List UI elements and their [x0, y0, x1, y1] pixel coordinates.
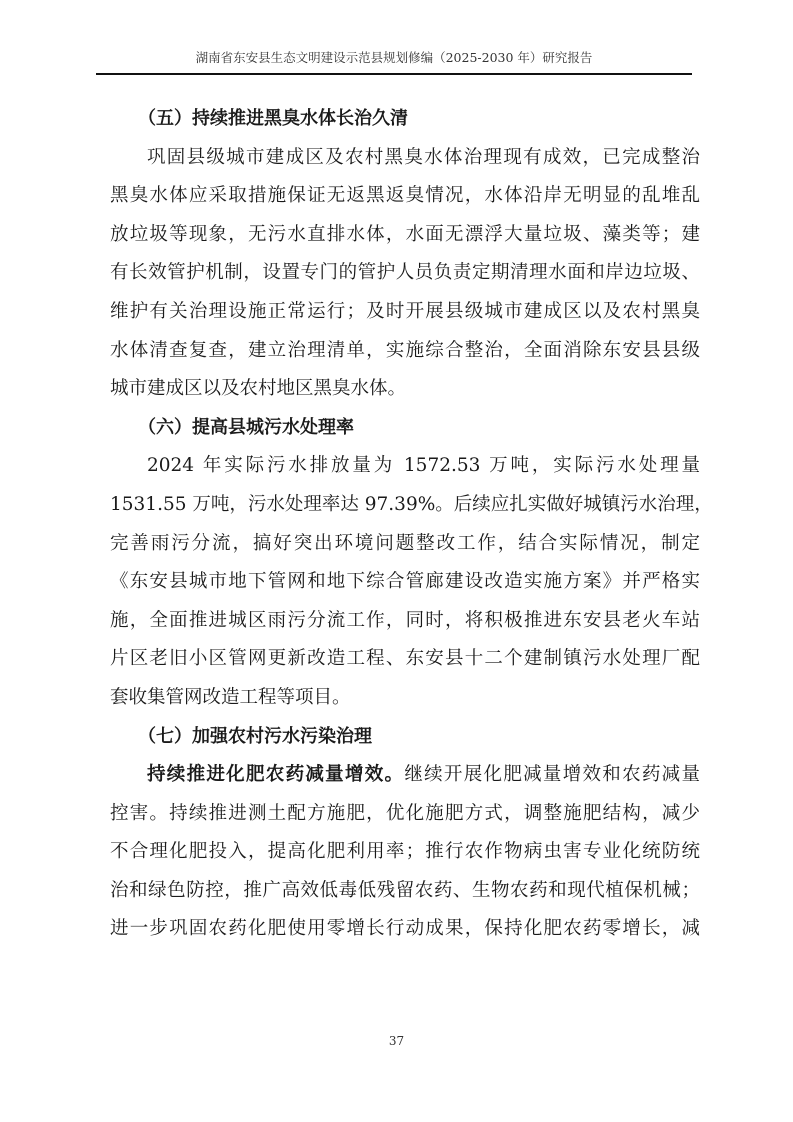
paragraph-line: 《东安县城市地下管网和地下综合管廊建设改造实施方案》并严格实 — [110, 563, 700, 602]
running-header: 湖南省东安县生态文明建设示范县规划修编（2025-2030 年）研究报告 — [96, 48, 692, 66]
section-heading-5: （五）持续推进黑臭水体长治久清 — [110, 100, 700, 139]
paragraph-line: 进一步巩固农药化肥使用零增长行动成果，保持化肥农药零增长，减 — [110, 910, 700, 949]
page-number: 37 — [0, 1034, 793, 1048]
paragraph-line: 1531.55 万吨，污水处理率达 97.39%。后续应扎实做好城镇污水治理， — [110, 486, 700, 525]
paragraph-line: 完善雨污分流，搞好突出环境问题整改工作，结合实际情况，制定 — [110, 525, 700, 564]
paragraph-line: 黑臭水体应采取措施保证无返黑返臭情况，水体沿岸无明显的乱堆乱 — [110, 177, 700, 216]
paragraph-line: 片区老旧小区管网更新改造工程、东安县十二个建制镇污水处理厂配 — [110, 640, 700, 679]
section-heading-7: （七）加强农村污水污染治理 — [110, 718, 700, 757]
paragraph-line-with-lead: 持续推进化肥农药减量增效。继续开展化肥减量增效和农药减量 — [110, 756, 700, 795]
bold-lead-text: 持续推进化肥农药减量增效。 — [147, 764, 404, 785]
paragraph-line: 巩固县级城市建成区及农村黑臭水体治理现有成效，已完成整治 — [110, 139, 700, 178]
paragraph-line: 水体清查复查，建立治理清单，实施综合整治，全面消除东安县县级 — [110, 332, 700, 371]
paragraph-line: 维护有关治理设施正常运行；及时开展县级城市建成区以及农村黑臭 — [110, 293, 700, 332]
paragraph-line: 2024 年实际污水排放量为 1572.53 万吨，实际污水处理量 — [110, 447, 700, 486]
paragraph-line: 施，全面推进城区雨污分流工作，同时，将积极推进东安县老火车站 — [110, 602, 700, 641]
paragraph-line: 不合理化肥投入，提高化肥利用率；推行农作物病虫害专业化统防统 — [110, 833, 700, 872]
paragraph-line: 放垃圾等现象，无污水直排水体，水面无漂浮大量垃圾、藻类等；建 — [110, 216, 700, 255]
paragraph-line: 套收集管网改造工程等项目。 — [110, 679, 700, 718]
header-rule — [96, 73, 692, 75]
paragraph-line: 城市建成区以及农村地区黑臭水体。 — [110, 370, 700, 409]
document-body: （五）持续推进黑臭水体长治久清 巩固县级城市建成区及农村黑臭水体治理现有成效，已… — [110, 100, 700, 949]
paragraph-line: 有长效管护机制，设置专门的管护人员负责定期清理水面和岸边垃圾、 — [110, 254, 700, 293]
paragraph-line: 治和绿色防控，推广高效低毒低残留农药、生物农药和现代植保机械； — [110, 872, 700, 911]
section-heading-6: （六）提高县城污水处理率 — [110, 409, 700, 448]
paragraph-line: 控害。持续推进测土配方施肥，优化施肥方式，调整施肥结构，减少 — [110, 795, 700, 834]
paragraph-text: 继续开展化肥减量增效和农药减量 — [404, 764, 700, 785]
